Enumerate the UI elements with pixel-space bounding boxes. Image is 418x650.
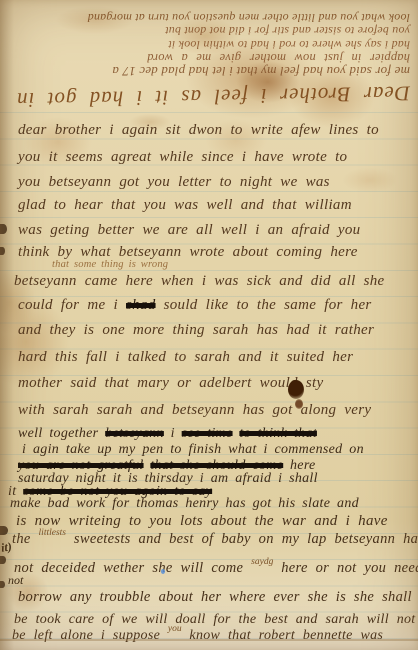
paper-crease	[0, 639, 418, 641]
inverted-line: happier in just now mother give me a wor…	[8, 51, 410, 65]
margin-note-not: not	[8, 574, 23, 586]
letter-line: be took care of we will doall for the be…	[14, 612, 416, 629]
strikethrough-text: shad	[126, 297, 156, 313]
edge-ink-smudge	[0, 247, 5, 255]
inverted-line: Dear Brother i feel as it i had got in	[8, 74, 411, 119]
letter-line: well together betseyann i see time to th…	[18, 426, 317, 443]
ink-blot-tail	[295, 399, 303, 409]
superscript-insertion: saydg	[251, 557, 273, 567]
letter-text: well together	[18, 426, 105, 441]
strikethrough-text: to think that	[239, 426, 317, 441]
letter-line: glad to hear that you was well and that …	[18, 196, 352, 214]
inverted-note: Dear Brother i feel as it i had got in m…	[0, 0, 418, 118]
letter-line: is now writeing to you lots about the wa…	[16, 512, 388, 530]
strikethrough-text: betseyann	[105, 426, 164, 441]
letter-line: betseyann came here when i was sick and …	[14, 272, 385, 290]
letter-text: here or not you need	[273, 560, 418, 576]
letter-text: sweetests and best of baby on my lap bet…	[66, 531, 418, 547]
letter-text: i	[164, 426, 182, 441]
letter-line: make bad work for thomas henry has got h…	[10, 496, 359, 513]
ink-blot	[288, 380, 304, 399]
inverted-line: had i say she where to rod i had to with…	[8, 38, 410, 52]
edge-ink-smudge	[0, 526, 8, 535]
letter-line: not deceided wether she will come saydg …	[14, 560, 418, 577]
letter-line: could for me i shad sould like to the sa…	[18, 296, 372, 314]
inverted-line: look what you and little other men quest…	[8, 11, 410, 25]
blue-speck	[161, 569, 165, 574]
edge-ink-smudge	[0, 556, 6, 564]
letter-line: with sarah sarah and betseyann has got a…	[18, 401, 371, 419]
superscript-insertion: you	[168, 624, 182, 634]
letter-text: could for me i	[18, 297, 126, 313]
inverted-line: you before to sister and stir for i did …	[8, 24, 410, 38]
letter-line: you betseyann got you letter to night we…	[18, 173, 330, 191]
letter-text: the	[12, 531, 39, 547]
strikethrough-text: see time	[182, 426, 233, 441]
letter-line: was geting better we are all well i an a…	[18, 221, 360, 239]
letter-page: Dear Brother i feel as it i had got in m…	[0, 0, 418, 650]
letter-line: be left alone i suppose you know that ro…	[12, 628, 383, 645]
margin-note-it: it)	[0, 540, 12, 553]
letter-line: hard this fall i talked to sarah and it …	[18, 348, 353, 366]
interline-insertion: that some thing is wrong	[52, 259, 168, 272]
superscript-insertion: littlests	[39, 528, 66, 538]
letter-line: i agin take up my pen to finish what i c…	[22, 442, 364, 459]
edge-ink-smudge	[0, 581, 5, 588]
letter-line: and they is one more thing sarah has had…	[18, 321, 374, 339]
letter-text: sould like to the same for her	[156, 297, 372, 313]
letter-line: mother said that mary or adelbert would …	[18, 374, 323, 392]
letter-line: dear brother i again sit dwon to write a…	[18, 121, 379, 139]
edge-ink-smudge	[0, 224, 7, 234]
letter-line: you it seems agreat while since i have w…	[18, 148, 347, 166]
letter-line: borrow any troubble about her where ever…	[18, 589, 412, 606]
letter-line: the littlests sweetests and best of baby…	[12, 531, 418, 548]
letter-text: not deceided wether she will come	[14, 560, 251, 576]
